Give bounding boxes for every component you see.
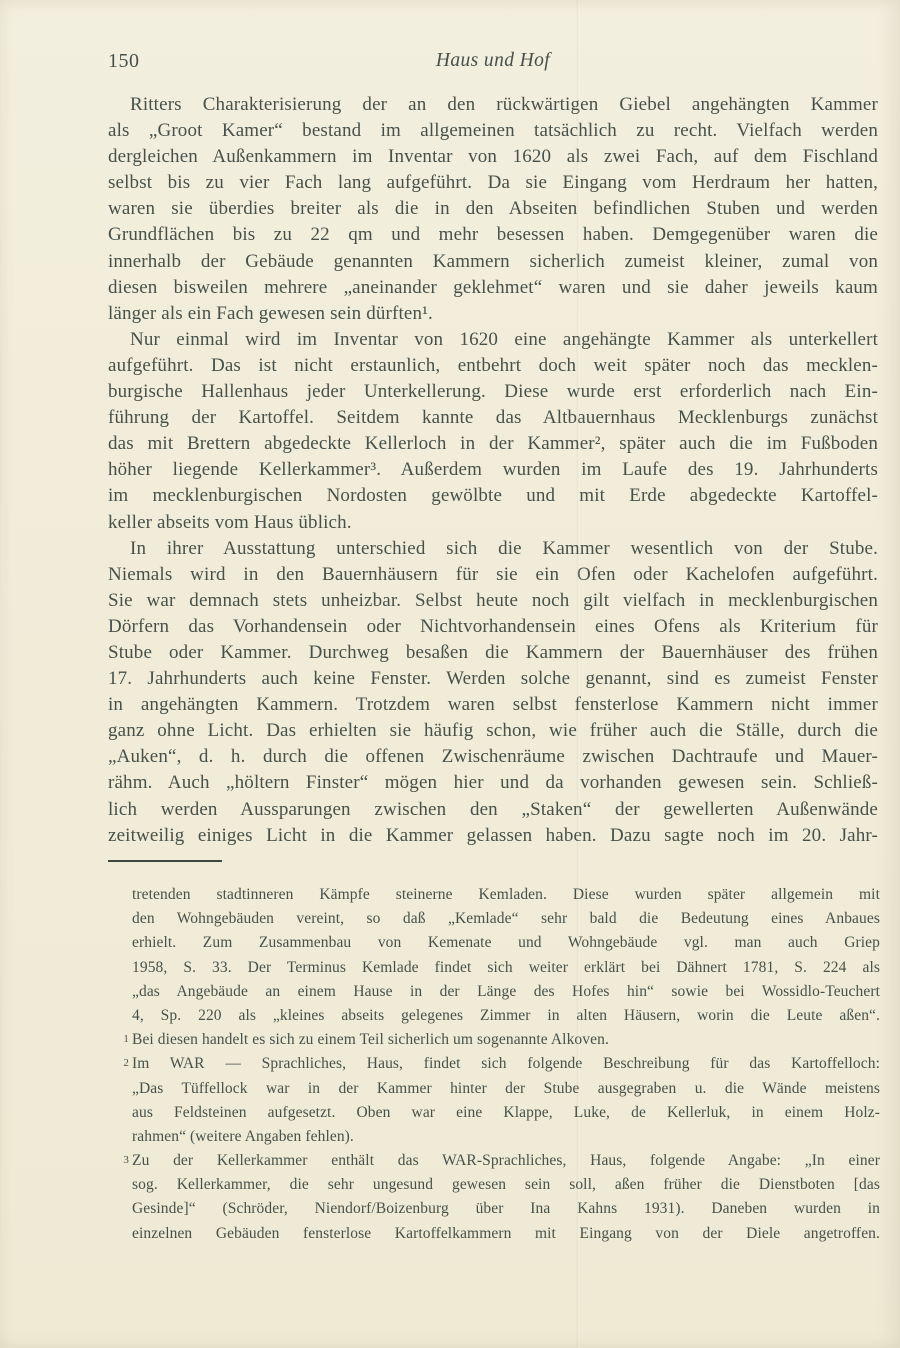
text-line: einzelnen Gebäuden fensterlose Kartoffel… [132, 1222, 880, 1246]
text-line: aus Feldsteinen aufgesetzt. Oben war ein… [132, 1101, 880, 1125]
text-line: Ritters Charakterisierung der an den rüc… [108, 92, 878, 118]
text-line: erhielt. Zum Zusammenbau von Kemenate un… [132, 931, 880, 955]
footnote: tretenden stadtinneren Kämpfe steinerne … [132, 883, 880, 1028]
text-line: lich werden Aussparungen zwischen den „S… [108, 797, 878, 823]
text-line: keller abseits vom Haus üblich. [108, 510, 878, 536]
text-line: In ihrer Ausstattung unterschied sich di… [108, 536, 878, 562]
text-line: sog. Kellerkammer, die sehr ungesund gew… [132, 1173, 880, 1197]
text-line: Zu der Kellerkammer enthält das WAR-Spra… [132, 1149, 880, 1173]
page-header: 150 Haus und Hof [108, 50, 878, 76]
text-line: rähm. Auch „höltern Finster“ mögen hier … [108, 770, 878, 796]
text-line: ganz ohne Licht. Das erhielten sie häufi… [108, 718, 878, 744]
text-line: im mecklenburgischen Nordosten gewölbte … [108, 483, 878, 509]
text-line: Im WAR — Sprachliches, Haus, findet sich… [132, 1052, 880, 1076]
text-line: 4, Sp. 220 als „kleines abseits gelegene… [132, 1004, 880, 1028]
text-line: innerhalb der Gebäude genannten Kammern … [108, 249, 878, 275]
footnote-marker: 1 [117, 1030, 129, 1048]
footnote-separator-rule [108, 860, 222, 862]
text-line: zeitweilig einiges Licht in die Kammer g… [108, 823, 878, 849]
footnote: 1Bei diesen handelt es sich zu einem Tei… [132, 1028, 880, 1052]
text-line: 1958, S. 33. Der Terminus Kemlade findet… [132, 956, 880, 980]
text-line: Bei diesen handelt es sich zu einem Teil… [132, 1028, 880, 1052]
text-line: selbst bis zu vier Fach lang aufgeführt.… [108, 170, 878, 196]
book-page: 150 Haus und Hof Ritters Charakterisieru… [0, 0, 900, 1348]
text-line: rahmen“ (weitere Angaben fehlen). [132, 1125, 880, 1149]
text-line: Stube oder Kammer. Durchweg besaßen die … [108, 640, 878, 666]
text-line: „Das Tüffellock war in der Kammer hinter… [132, 1077, 880, 1101]
text-line: Niemals wird in den Bauernhäusern für si… [108, 562, 878, 588]
text-line: als „Groot Kamer“ bestand im allgemeinen… [108, 118, 878, 144]
text-line: aufgeführt. Das ist nicht erstaunlich, e… [108, 353, 878, 379]
text-line: dergleichen Außenkammern im Inventar von… [108, 144, 878, 170]
text-line: Dörfern das Vorhandensein oder Nichtvorh… [108, 614, 878, 640]
text-line: Grundflächen bis zu 22 qm und mehr beses… [108, 222, 878, 248]
paragraph: In ihrer Ausstattung unterschied sich di… [108, 536, 878, 849]
text-line: führung der Kartoffel. Seitdem kannte da… [108, 405, 878, 431]
text-line: länger als ein Fach gewesen sein dürften… [108, 301, 878, 327]
text-line: waren sie überdies breiter als die in de… [108, 196, 878, 222]
page-number: 150 [108, 50, 140, 73]
paragraph: Nur einmal wird im Inventar von 1620 ein… [108, 327, 878, 536]
footnote: 3Zu der Kellerkammer enthält das WAR-Spr… [132, 1149, 880, 1246]
text-line: höher liegende Kellerkammer³. Außerdem w… [108, 457, 878, 483]
body-text: Ritters Charakterisierung der an den rüc… [108, 92, 878, 849]
text-line: „Auken“, d. h. durch die offenen Zwische… [108, 744, 878, 770]
footnotes: tretenden stadtinneren Kämpfe steinerne … [132, 883, 880, 1246]
text-line: Gesinde]“ (Schröder, Niendorf/Boizenburg… [132, 1197, 880, 1221]
text-line: diesen bisweilen mehrere „aneinander gek… [108, 275, 878, 301]
paragraph: Ritters Charakterisierung der an den rüc… [108, 92, 878, 327]
text-line: 17. Jahrhunderts auch keine Fenster. Wer… [108, 666, 878, 692]
text-line: den Wohngebäuden vereint, so daß „Kemlad… [132, 907, 880, 931]
text-line: das mit Brettern abgedeckte Kellerloch i… [108, 431, 878, 457]
running-title: Haus und Hof [436, 50, 550, 72]
text-line: „das Angebäude an einem Hause in der Län… [132, 980, 880, 1004]
text-line: burgische Hallenhaus jeder Unterkellerun… [108, 379, 878, 405]
text-line: Sie war demnach stets unheizbar. Selbst … [108, 588, 878, 614]
text-line: in angehängten Kammern. Trotzdem waren s… [108, 692, 878, 718]
footnote-marker: 3 [117, 1151, 129, 1169]
footnote-marker: 2 [117, 1054, 129, 1072]
text-line: tretenden stadtinneren Kämpfe steinerne … [132, 883, 880, 907]
footnote: 2Im WAR — Sprachliches, Haus, findet sic… [132, 1052, 880, 1149]
text-line: Nur einmal wird im Inventar von 1620 ein… [108, 327, 878, 353]
